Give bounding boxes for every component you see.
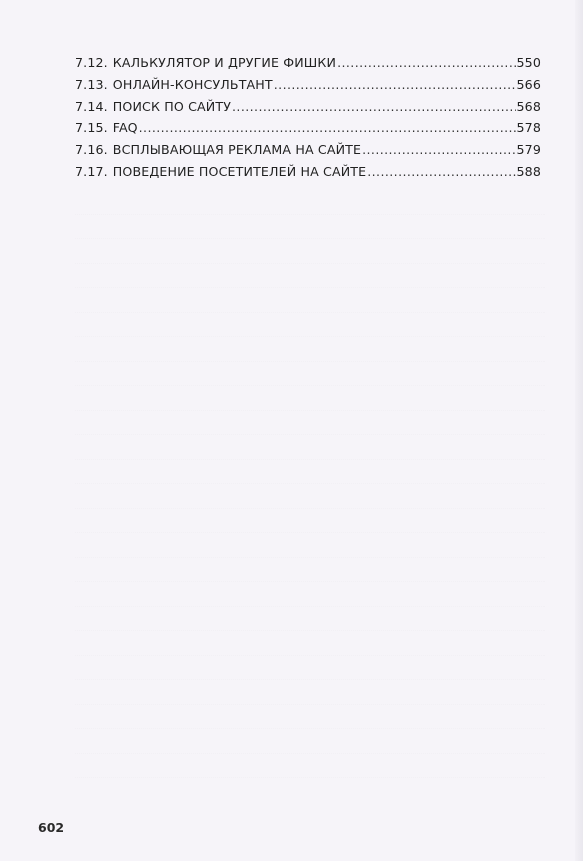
toc-entry: 7.15. FAQ 578 xyxy=(75,120,541,142)
toc-entry-number: 7.14. xyxy=(75,99,108,114)
toc-entry-number: 7.15. xyxy=(75,120,108,135)
scan-bleed-through xyxy=(75,190,545,810)
dot-leader xyxy=(232,99,515,114)
toc-entry-number: 7.17. xyxy=(75,164,108,179)
toc-entry-title: FAQ xyxy=(113,120,138,135)
page-edge-shadow xyxy=(575,0,583,861)
toc-entry-title: ВСПЛЫВАЮЩАЯ РЕКЛАМА НА САЙТЕ xyxy=(113,142,361,157)
toc-entry-title: ОНЛАЙН-КОНСУЛЬТАНТ xyxy=(113,77,273,92)
toc-entry-page: 550 xyxy=(517,55,542,70)
toc-entry-number: 7.16. xyxy=(75,142,108,157)
toc-entry: 7.14. ПОИСК ПО САЙТУ 568 xyxy=(75,99,541,121)
dot-leader xyxy=(274,77,516,92)
dot-leader xyxy=(337,55,515,70)
dot-leader xyxy=(367,164,515,179)
dot-leader xyxy=(139,120,516,135)
toc-entry-title: КАЛЬКУЛЯТОР И ДРУГИЕ ФИШКИ xyxy=(113,55,336,70)
toc-entry-page: 579 xyxy=(517,142,542,157)
toc-entry-page: 578 xyxy=(517,120,542,135)
dot-leader xyxy=(362,142,515,157)
toc-entry-page: 566 xyxy=(517,77,542,92)
table-of-contents: 7.12. КАЛЬКУЛЯТОР И ДРУГИЕ ФИШКИ 550 7.1… xyxy=(75,55,541,186)
toc-entry-page: 568 xyxy=(517,99,542,114)
toc-entry-title: ПОИСК ПО САЙТУ xyxy=(113,99,231,114)
toc-entry-number: 7.13. xyxy=(75,77,108,92)
page-number: 602 xyxy=(38,820,64,835)
toc-entry-number: 7.12. xyxy=(75,55,108,70)
toc-entry: 7.16. ВСПЛЫВАЮЩАЯ РЕКЛАМА НА САЙТЕ 579 xyxy=(75,142,541,164)
toc-entry-page: 588 xyxy=(517,164,542,179)
toc-entry-title: ПОВЕДЕНИЕ ПОСЕТИТЕЛЕЙ НА САЙТЕ xyxy=(113,164,366,179)
toc-entry: 7.17. ПОВЕДЕНИЕ ПОСЕТИТЕЛЕЙ НА САЙТЕ 588 xyxy=(75,164,541,186)
toc-entry: 7.13. ОНЛАЙН-КОНСУЛЬТАНТ 566 xyxy=(75,77,541,99)
toc-entry: 7.12. КАЛЬКУЛЯТОР И ДРУГИЕ ФИШКИ 550 xyxy=(75,55,541,77)
